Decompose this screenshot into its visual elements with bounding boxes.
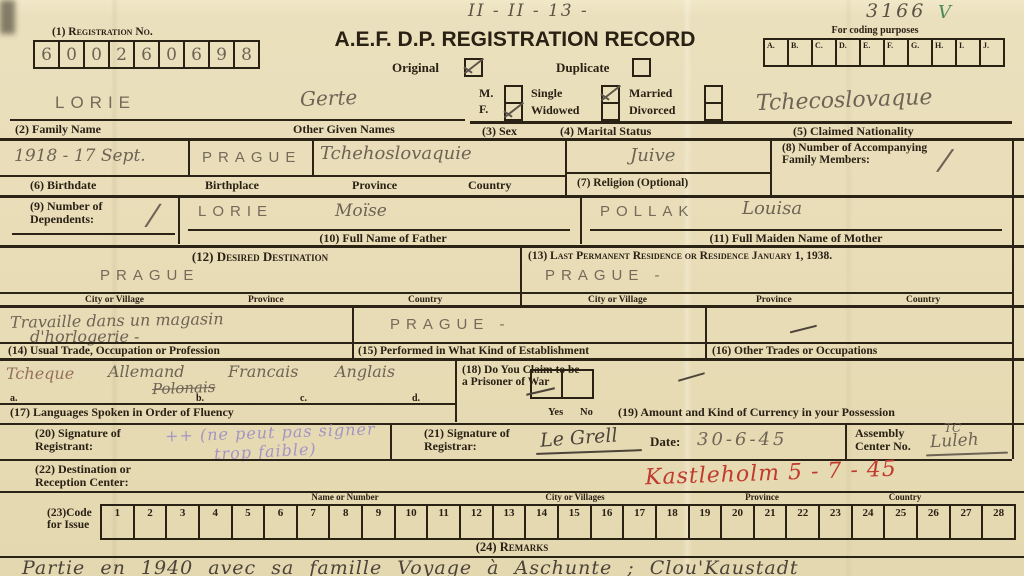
birthdate-value: 1918 - 17 Sept. xyxy=(14,146,146,166)
family-name-value: LORIE xyxy=(55,93,136,113)
divider xyxy=(705,308,707,358)
code-issue-cell: 24 xyxy=(853,506,886,538)
divider xyxy=(565,141,567,195)
rule xyxy=(0,358,1024,361)
desired-destination-value: PRAGUE xyxy=(100,267,199,284)
res-province-col-label: Province xyxy=(756,295,792,305)
code-issue-cell: 2 xyxy=(135,506,168,538)
code-issue-cell: 13 xyxy=(494,506,527,538)
code-issue-cell: 16 xyxy=(592,506,625,538)
coding-boxes: A.B.C.D.E.F.G.H.I.J. xyxy=(763,38,1005,67)
registration-digit: 2 xyxy=(110,42,135,67)
birth-province-label: Province xyxy=(352,179,397,192)
rule xyxy=(12,233,175,235)
residence-label: (13) Last Permanent Residence or Residen… xyxy=(528,250,832,262)
married-label: Married xyxy=(629,87,672,100)
code-issue-cell: 25 xyxy=(885,506,918,538)
code-header-name: Name or Number xyxy=(311,493,378,503)
registration-digit: 0 xyxy=(60,42,85,67)
family-name-label: (2) Family Name xyxy=(15,123,101,136)
code-issue-cell: 28 xyxy=(983,506,1014,538)
religion-value: Juive xyxy=(630,145,675,166)
female-checkbox xyxy=(504,102,523,121)
divider xyxy=(188,141,190,175)
registration-digit: 9 xyxy=(210,42,235,67)
doc-number-suffix: V xyxy=(938,2,951,23)
mother-given-value: Louisa xyxy=(742,198,802,219)
reception-center-label: (22) Destination or Reception Center: xyxy=(35,463,175,489)
birthplace-label: Birthplace xyxy=(205,179,259,192)
code-header-country: Country xyxy=(889,493,922,503)
sex-label: (3) Sex xyxy=(482,125,517,138)
rule xyxy=(565,172,772,174)
code-issue-cell: 1 xyxy=(102,506,135,538)
divider xyxy=(770,141,772,195)
registration-digit: 6 xyxy=(135,42,160,67)
code-header-province: Province xyxy=(745,493,779,503)
assembly-underline xyxy=(926,452,1008,457)
coding-letter-cell: B. xyxy=(789,40,813,65)
registrar-signature-value: Le Grell xyxy=(539,424,618,451)
birth-country-label: Country xyxy=(468,179,511,192)
divider xyxy=(845,424,847,459)
language-3-value: Francais xyxy=(228,362,298,381)
father-given-value: Moïse xyxy=(335,201,387,221)
rule xyxy=(0,292,1012,294)
residence-value: PRAGUE - xyxy=(545,267,666,284)
code-issue-cell: 14 xyxy=(526,506,559,538)
currency-label: (19) Amount and Kind of Currency in your… xyxy=(618,406,895,419)
coding-letter-cell: J. xyxy=(981,40,1003,65)
nationality-value: Tchecoslovaque xyxy=(756,85,933,116)
divorced-label: Divorced xyxy=(629,104,675,117)
form-title: A.E.F. D.P. REGISTRATION RECORD xyxy=(300,29,730,52)
code-issue-cell: 21 xyxy=(755,506,788,538)
dest-province-col-label: Province xyxy=(248,295,284,305)
dependents-label: (9) Number of Dependents: xyxy=(30,200,145,226)
date-value: 30-6-45 xyxy=(697,429,787,450)
dest-country-col-label: Country xyxy=(408,295,442,305)
code-issue-cell: 23 xyxy=(820,506,853,538)
registrant-signature-label: (20) Signature of Registrant: xyxy=(35,427,150,453)
code-issue-cell: 26 xyxy=(918,506,951,538)
assembly-center-value: Luleh xyxy=(930,430,980,453)
code-issue-cell: 18 xyxy=(657,506,690,538)
code-issue-cell: 4 xyxy=(200,506,233,538)
male-label: M. xyxy=(479,87,493,100)
registration-digit: 0 xyxy=(85,42,110,67)
father-label: (10) Full Name of Father xyxy=(188,232,578,245)
code-header-city: City or Villages xyxy=(545,493,604,503)
rule xyxy=(470,121,1012,124)
religion-label: (7) Religion (Optional) xyxy=(577,177,688,189)
dest-city-col-label: City or Village xyxy=(85,295,144,305)
divider xyxy=(312,141,314,175)
duplicate-checkbox xyxy=(632,58,651,77)
code-issue-cell: 6 xyxy=(265,506,298,538)
code-issue-boxes: 1234567891011121314151617181920212223242… xyxy=(100,504,1016,540)
female-label: F. xyxy=(479,103,488,116)
code-issue-cell: 22 xyxy=(787,506,820,538)
code-issue-cell: 19 xyxy=(690,506,723,538)
divider xyxy=(178,198,180,244)
registration-digit: 6 xyxy=(35,42,60,67)
pow-no-label: No xyxy=(580,407,593,418)
coding-letter-cell: H. xyxy=(933,40,957,65)
doc-number: 3166 xyxy=(866,0,926,22)
registration-digit: 6 xyxy=(185,42,210,67)
widowed-checkbox xyxy=(601,102,620,121)
scan-corner-smudge xyxy=(0,0,15,34)
rule xyxy=(10,119,465,121)
form-right-border xyxy=(1012,141,1014,459)
language-1-value: Tcheque xyxy=(6,364,74,383)
family-members-label: (8) Number of Accompanying Family Member… xyxy=(782,142,932,167)
establishment-value: PRAGUE - xyxy=(390,316,511,333)
language-4-value: Anglais xyxy=(335,362,395,381)
rule xyxy=(0,423,1024,425)
desired-destination-label: (12) Desired Destination xyxy=(0,250,520,264)
date-label: Date: xyxy=(650,435,680,449)
top-annotation: II - II - 13 - xyxy=(468,1,589,21)
rule xyxy=(0,138,1024,141)
pow-yes-label: Yes xyxy=(548,407,563,418)
divider xyxy=(520,248,522,305)
rule xyxy=(0,245,1024,248)
marital-status-label: (4) Marital Status xyxy=(560,125,651,138)
coding-letter-cell: A. xyxy=(765,40,789,65)
pow-no-box xyxy=(563,371,592,397)
code-issue-cell: 17 xyxy=(624,506,657,538)
assembly-center-label: Assembly Center No. xyxy=(855,427,937,453)
mother-surname-value: POLLAK xyxy=(600,203,694,220)
establishment-label: (15) Performed in What Kind of Establish… xyxy=(358,345,589,357)
given-names-value: Gerte xyxy=(300,85,358,111)
original-checkbox xyxy=(464,58,483,77)
coding-letter-cell: E. xyxy=(861,40,885,65)
res-country-col-label: Country xyxy=(906,295,940,305)
code-for-issue-label: (23)Code for Issue xyxy=(47,507,102,532)
dp-registration-form: II - II - 13 - 3166 V (1) Registration N… xyxy=(0,0,1024,576)
widowed-label: Widowed xyxy=(531,104,579,117)
other-trades-label: (16) Other Trades or Occupations xyxy=(712,345,877,357)
coding-purposes-label: For coding purposes xyxy=(763,26,987,37)
code-issue-cell: 3 xyxy=(167,506,200,538)
code-issue-cell: 12 xyxy=(461,506,494,538)
remarks-label: (24) Remarks xyxy=(0,541,1024,555)
coding-letter-cell: F. xyxy=(885,40,909,65)
family-members-value: / xyxy=(938,142,953,178)
birth-province-value: Tchehoslovaquie xyxy=(320,143,472,164)
nationality-label: (5) Claimed Nationality xyxy=(793,125,914,138)
dependents-value: / xyxy=(146,198,160,234)
trade-label: (14) Usual Trade, Occupation or Professi… xyxy=(8,345,220,357)
divider xyxy=(455,360,457,422)
single-label: Single xyxy=(531,87,562,100)
duplicate-label: Duplicate xyxy=(556,61,609,75)
rule xyxy=(0,491,1024,493)
coding-letter-cell: I. xyxy=(957,40,981,65)
code-issue-cell: 9 xyxy=(363,506,396,538)
res-city-col-label: City or Village xyxy=(588,295,647,305)
rule xyxy=(0,342,1012,344)
divider xyxy=(352,308,354,358)
code-issue-cell: 7 xyxy=(298,506,331,538)
registrar-signature-label: (21) Signature of Registrar: xyxy=(424,427,534,453)
mother-label: (11) Full Maiden Name of Mother xyxy=(580,232,1012,245)
coding-letter-cell: D. xyxy=(837,40,861,65)
code-issue-cell: 5 xyxy=(233,506,266,538)
rule xyxy=(0,175,565,177)
divider xyxy=(390,424,392,459)
given-names-label: Other Given Names xyxy=(293,123,395,136)
languages-label: (17) Languages Spoken in Order of Fluenc… xyxy=(10,406,234,419)
father-surname-value: LORIE xyxy=(198,203,273,220)
registration-number-label: (1) Registration No. xyxy=(52,26,153,38)
birthplace-value: PRAGUE xyxy=(202,149,301,166)
code-issue-cell: 27 xyxy=(951,506,984,538)
language-5-value: Polonais xyxy=(152,378,216,398)
code-issue-cell: 10 xyxy=(396,506,429,538)
coding-letter-cell: C. xyxy=(813,40,837,65)
registration-number-boxes: 600260698 xyxy=(33,40,260,69)
rule xyxy=(0,305,1024,308)
language-2-value: Allemand xyxy=(108,362,185,381)
code-issue-cell: 20 xyxy=(722,506,755,538)
coding-letter-cell: G. xyxy=(909,40,933,65)
original-label: Original xyxy=(392,61,439,75)
code-issue-cell: 11 xyxy=(428,506,461,538)
code-issue-cell: 15 xyxy=(559,506,592,538)
birthdate-label: (6) Birthdate xyxy=(30,179,96,192)
remarks-value: Partie en 1940 avec sa famille Voyage à … xyxy=(22,557,799,576)
reception-center-value: Kastleholm 5 - 7 - 45 xyxy=(645,457,898,491)
registration-digit: 8 xyxy=(235,42,258,67)
code-issue-cell: 8 xyxy=(330,506,363,538)
registration-digit: 0 xyxy=(160,42,185,67)
divorced-checkbox xyxy=(704,102,723,121)
